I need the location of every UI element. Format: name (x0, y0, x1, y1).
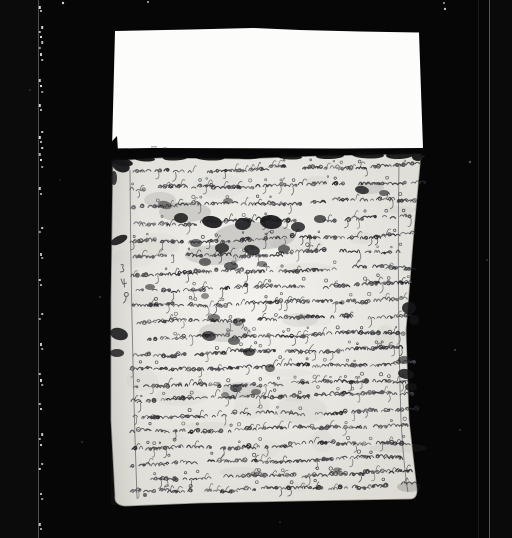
ink-blot (333, 468, 341, 473)
ink-blot (174, 213, 188, 223)
background-speck (59, 179, 61, 181)
film-sprocket-dash (41, 348, 43, 350)
film-sprocket-dash (40, 53, 42, 56)
card-edge-mark (151, 146, 157, 148)
film-sprocket-dash (41, 91, 43, 93)
ink-blot (199, 258, 211, 266)
background-speck (444, 8, 446, 10)
ink-blot (233, 318, 243, 326)
blank-label-card (103, 28, 423, 151)
manuscript-page (109, 150, 427, 506)
film-sprocket-dash (40, 284, 42, 286)
film-sprocket-dash (40, 36, 42, 38)
ink-blot (398, 356, 410, 364)
film-sprocket-dash (39, 231, 41, 233)
film-sprocket-dash (41, 166, 43, 168)
film-sprocket-dash (40, 159, 42, 161)
ink-blot (251, 389, 261, 395)
ink-blot (291, 222, 305, 232)
film-sprocket-dash (39, 279, 41, 281)
background-speck (62, 2, 64, 4)
background-speck (443, 2, 445, 4)
ink-blot (215, 243, 229, 253)
ink-blot (201, 293, 209, 299)
film-sprocket-dash (40, 493, 42, 495)
film-sprocket-dash (40, 109, 42, 111)
ink-blot (409, 315, 419, 325)
card-corner-notch (103, 136, 118, 151)
ink-blot (243, 348, 255, 356)
film-sprocket-dash (39, 318, 41, 320)
background-speck (99, 296, 101, 298)
film-sprocket-dash (41, 433, 43, 436)
background-speck (81, 441, 83, 443)
ink-blot (265, 364, 275, 372)
ink-blot (257, 261, 267, 267)
film-sprocket-dash (39, 104, 41, 107)
film-sprocket-dash (39, 373, 41, 375)
ink-blot (402, 302, 416, 314)
film-sprocket-dash (41, 463, 43, 465)
manuscript-scan-svg (0, 0, 512, 538)
film-sprocket-dash (40, 85, 42, 87)
film-sprocket-dash (41, 59, 43, 61)
film-sprocket-dash (41, 498, 43, 500)
film-sprocket-dash (39, 187, 41, 190)
film-sprocket-dash (39, 136, 41, 139)
film-sprocket-dash (41, 313, 43, 315)
blank-card (112, 28, 423, 149)
ink-blot (143, 493, 147, 497)
background-speck (486, 259, 488, 261)
film-sprocket-dash (39, 47, 41, 49)
ink-blot (379, 190, 389, 196)
film-sprocket-dash (40, 528, 42, 530)
film-sprocket-dash (39, 438, 41, 440)
card-edge-mark (163, 147, 167, 148)
film-left-band (0, 0, 38, 538)
film-sprocket-dash (39, 31, 41, 33)
background-speck (459, 429, 461, 431)
ink-blot (110, 349, 124, 357)
microfilm-frame (0, 0, 512, 538)
background-speck (147, 1, 149, 3)
ink-blot (190, 239, 202, 247)
film-sprocket-dash (41, 257, 43, 259)
film-right-band (490, 0, 512, 538)
film-sprocket-dash (40, 253, 42, 256)
film-sprocket-dash (39, 523, 41, 526)
film-sprocket-dash (41, 147, 43, 149)
background-speck (279, 521, 281, 523)
film-sprocket-dash (40, 408, 42, 410)
ink-blot (223, 198, 233, 204)
ink-blot (405, 383, 417, 391)
film-sprocket-dash (40, 444, 42, 446)
ink-blot (314, 215, 326, 223)
film-sprocket-dash (39, 468, 41, 470)
background-speck (29, 89, 31, 91)
ink-blot (230, 384, 242, 392)
ink-blot (228, 337, 240, 345)
film-sprocket-dash (39, 79, 41, 82)
ink-blot (145, 284, 155, 290)
ink-blot (221, 392, 229, 398)
film-sprocket-dash (40, 379, 42, 382)
background-speck (454, 349, 456, 351)
film-sprocket-dash (40, 10, 42, 12)
background-speck (469, 161, 471, 163)
film-sprocket-dash (40, 193, 42, 195)
film-sprocket-dash (41, 26, 43, 29)
film-sprocket-dash (41, 131, 43, 133)
film-sprocket-dash (39, 6, 41, 9)
ink-blot (224, 262, 238, 270)
film-sprocket-dash (39, 403, 41, 405)
film-sprocket-dash (40, 343, 42, 346)
film-sprocket-dash (40, 141, 42, 143)
film-sprocket-dash (41, 227, 43, 229)
ink-blot (111, 171, 117, 185)
film-sprocket-dash (41, 384, 43, 386)
film-sprocket-dash (39, 153, 41, 156)
ink-blot (208, 314, 220, 322)
film-sprocket-dash (41, 41, 43, 44)
ink-blot (278, 245, 290, 253)
